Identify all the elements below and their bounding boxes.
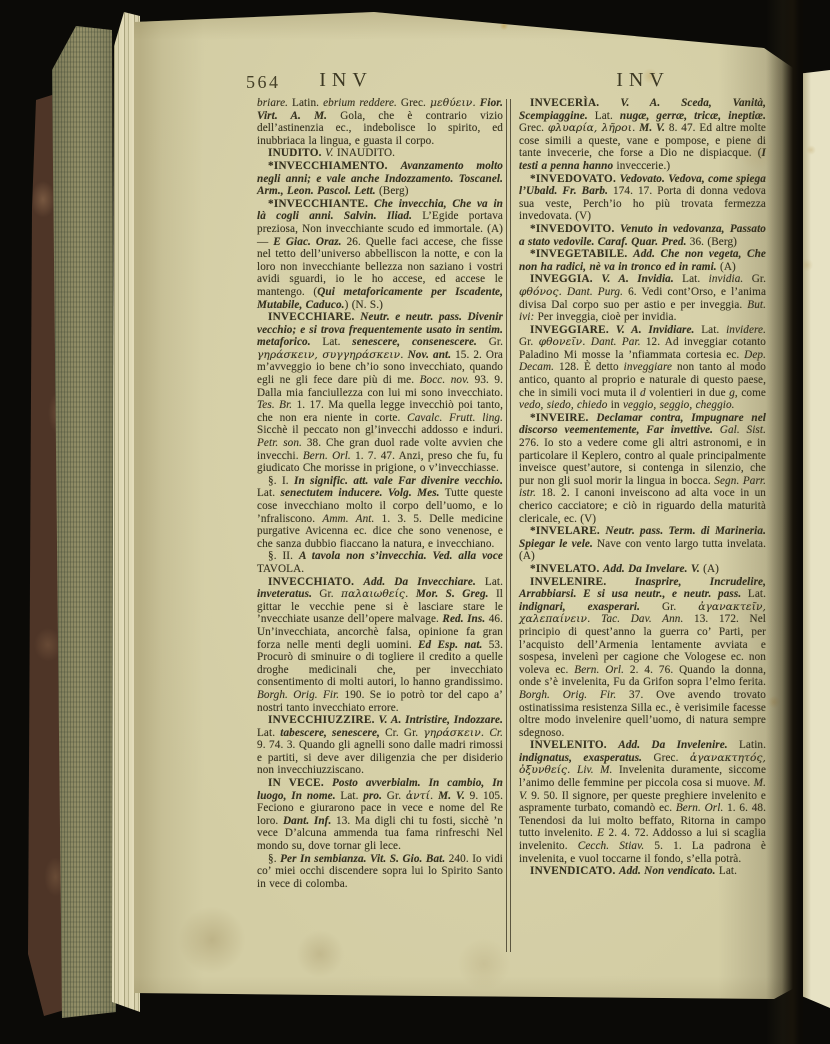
text-run: Lat.: [674, 273, 709, 285]
text-run: senectutem inducere. Volg. Mes.: [280, 487, 439, 499]
text-run: Latin.: [728, 739, 766, 751]
text-run: TAVOLA.: [257, 563, 304, 575]
text-run: Latin.: [288, 97, 323, 109]
text-run: μεθύειν.: [430, 97, 476, 109]
text-run: V.: [325, 147, 333, 159]
paragraph: *INVEDOVITO. Venuto in vedovanza, Passat…: [519, 223, 766, 248]
paragraph: IN VECE. Posto avverbialm. In cambio, In…: [257, 777, 503, 853]
text-run: ) (N. S.): [345, 299, 383, 311]
text-run: Mor. S. Greg.: [416, 588, 489, 600]
text-run: invidere.: [726, 324, 766, 336]
text-run: inveggiare: [624, 361, 672, 373]
text-run: invidia.: [709, 273, 744, 285]
text-run: *INVEDOVITO.: [530, 223, 620, 235]
text-run: Lat.: [716, 865, 737, 877]
text-run: Lat.: [257, 487, 280, 499]
text-run: [591, 613, 602, 625]
text-run: pro.: [363, 790, 382, 802]
text-run: *INVELATO.: [530, 563, 603, 575]
text-run: volentieri in due: [646, 387, 729, 399]
paragraph: *INVELARE. Neutr. pass. Term. di Mariner…: [519, 525, 766, 563]
text-run: §. II.: [268, 550, 299, 562]
text-run: *INVEIRE.: [530, 412, 596, 424]
text-run: inveteratus.: [257, 588, 312, 600]
text-run: (A): [717, 261, 736, 273]
text-run: Lat.: [311, 336, 353, 348]
text-run: Borgh. Orig. Fir.: [519, 689, 616, 701]
text-run: veggio, seggio, cheggio.: [623, 399, 735, 411]
text-run: Cr. Gr.: [380, 727, 423, 739]
text-run: (A): [700, 563, 719, 575]
text-run: φθόνος.: [519, 286, 562, 298]
paragraph: INVECCHIATO. Add. Da Invecchiare. Lat. i…: [257, 576, 503, 715]
text-run: , come: [735, 387, 766, 399]
text-run: ebrium reddere.: [323, 97, 397, 109]
paragraph: *INVELATO. Add. Da Invelare. V. (A): [519, 563, 766, 576]
text-run: A tavola non s’invecchia. Ved. alla voce: [299, 550, 503, 562]
text-run: briare.: [257, 97, 288, 109]
text-run: Grec.: [397, 97, 430, 109]
text-run: Add. Da Invecchiare.: [363, 576, 475, 588]
text-run: Amm. Ant.: [322, 513, 374, 525]
text-run: INUDITO.: [268, 147, 325, 159]
running-head-right: INV: [610, 69, 676, 92]
text-run: γηράσκειν.: [423, 727, 484, 739]
text-run: nugæ, gerræ, tricæ, ineptiæ.: [620, 110, 766, 122]
text-run: 128. È detto: [554, 361, 624, 373]
text-run: Per inveggia, cioè per invidia.: [534, 311, 676, 323]
text-run: Petr. son.: [257, 437, 302, 449]
paragraph: INVECCHIUZZIRE. V. A. Intristire, Indozz…: [257, 714, 503, 777]
text-run: Lat.: [741, 588, 766, 600]
text-run: Gr.: [312, 588, 341, 600]
book-photo: 564 INV INV briare. Latin. ebrium redder…: [0, 0, 830, 1044]
text-run: [408, 588, 415, 600]
text-run: §.: [268, 853, 280, 865]
text-run: Gr.: [519, 336, 539, 348]
paragraph: *INVEDOVATO. Vedovato. Vedova, come spie…: [519, 173, 766, 223]
text-run: V. A. Invidia.: [601, 273, 673, 285]
text-run: *INVEGETABILE.: [530, 248, 633, 260]
text-run: (Berg): [376, 185, 409, 197]
text-run: INAUDITO.: [334, 147, 395, 159]
text-run: Lat.: [588, 110, 620, 122]
text-run: Bocc. nov.: [420, 374, 470, 386]
text-run: Add. Da Invelenire.: [618, 739, 727, 751]
paragraph: §. Per In sembianza. Vit. S. Gio. Bat. 2…: [257, 853, 503, 891]
text-run: Lat.: [257, 727, 280, 739]
text-run: 18. 2. I canoni inveiscono ad alta voce …: [519, 487, 766, 524]
text-run: E Giac. Oraz.: [273, 236, 341, 248]
text-run: indignari, exasperari.: [519, 601, 640, 613]
text-run: vedo, siedo, chiedo: [519, 399, 607, 411]
text-run: Add. Da Invelare. V.: [603, 563, 700, 575]
text-run: Add. Non vendicato.: [619, 865, 716, 877]
text-run: Cr.: [489, 727, 503, 739]
paragraph: INVELENIRE. Inasprire, Incrudelire, Arra…: [519, 576, 766, 740]
paragraph: INVEGGIA. V. A. Invidia. Lat. invidia. G…: [519, 273, 766, 323]
column-divider-rule: [506, 99, 511, 952]
text-run: V. A. Invidiare.: [616, 324, 695, 336]
text-run: Bern. Orl.: [676, 802, 724, 814]
text-run: Lat.: [476, 576, 503, 588]
column-left: briare. Latin. ebrium reddere. Grec. μεθ…: [257, 97, 503, 890]
text-run: Dant. Purg.: [567, 286, 623, 298]
paragraph: *INVECCHIAMENTO. Avanzamento molto negli…: [257, 160, 503, 198]
text-run: *INVECCHIANTE.: [268, 198, 374, 210]
text-run: Tac. Dav. Ann.: [601, 613, 683, 625]
text-run: INVECCHIARE.: [268, 311, 360, 323]
paragraph: INVECERÌA. V. A. Sceda, Vanità, Scempiag…: [519, 97, 766, 173]
text-run: γηράσκειν, συγγηράσκειν.: [257, 349, 404, 361]
text-run: INVEGGIARE.: [530, 324, 616, 336]
running-head-left: INV: [313, 69, 379, 92]
text-run: in: [607, 399, 623, 411]
text-run: Gr.: [382, 790, 406, 802]
text-run: Gr.: [477, 336, 503, 348]
text-run: φλυαρία, λῆροι.: [548, 122, 636, 134]
page-content: 564 INV INV briare. Latin. ebrium redder…: [0, 0, 830, 1044]
column-right: INVECERÌA. V. A. Sceda, Vanità, Scempiag…: [519, 97, 766, 878]
text-run: παλαιωθείς.: [341, 588, 408, 600]
text-run: senescere, consenescere.: [352, 336, 477, 348]
text-run: Ed Esp. nat.: [418, 639, 482, 651]
text-run: [713, 424, 720, 436]
text-run: Lat.: [336, 790, 364, 802]
text-run: IN VECE.: [268, 777, 332, 789]
text-run: Lat.: [694, 324, 726, 336]
text-run: INVECERÌA.: [530, 97, 620, 109]
text-run: tabescere, senescere,: [280, 727, 380, 739]
text-run: Tes. Br.: [257, 399, 292, 411]
text-run: *INVELARE.: [530, 525, 605, 537]
text-run: INVECCHIUZZIRE.: [268, 714, 379, 726]
paragraph: INVELENITO. Add. Da Invelenire. Latin. i…: [519, 739, 766, 865]
text-run: Per In sembianza. Vit. S. Gio. Bat.: [280, 853, 445, 865]
text-run: INVECCHIATO.: [268, 576, 363, 588]
text-run: §. I.: [268, 475, 294, 487]
paragraph: briare. Latin. ebrium reddere. Grec. μεθ…: [257, 97, 503, 147]
paragraph: INVENDICATO. Add. Non vendicato. Lat.: [519, 865, 766, 878]
text-run: V. A. Intristire, Indozzare.: [379, 714, 503, 726]
text-run: φθονεῖν.: [539, 336, 586, 348]
text-run: INVENDICATO.: [530, 865, 619, 877]
text-run: Gr.: [640, 601, 698, 613]
text-run: Dant. Inf.: [283, 815, 331, 827]
paragraph: *INVECCHIANTE. Che invecchia, Che va in …: [257, 198, 503, 311]
text-run: INVEGGIA.: [530, 273, 601, 285]
text-run: Bern. Orl.: [574, 664, 624, 676]
text-run: Gal. Sist.: [720, 424, 766, 436]
paragraph: INVECCHIARE. Neutr. e neutr. pass. Diven…: [257, 311, 503, 475]
text-run: INVELENIRE.: [530, 576, 635, 588]
text-run: Bern. Orl.: [303, 450, 351, 462]
text-run: Dant. Par.: [591, 336, 641, 348]
paragraph: §. II. A tavola non s’invecchia. Ved. al…: [257, 550, 503, 575]
paragraph: INVEGGIARE. V. A. Invidiare. Lat. invide…: [519, 324, 766, 412]
text-run: Cecch. Stiav.: [578, 840, 644, 852]
text-run: Sicchè il peccato non gl’invecchi addoss…: [257, 424, 503, 436]
text-run: *INVECCHIAMENTO.: [268, 160, 401, 172]
text-run: M. V.: [438, 790, 465, 802]
text-run: inveccerie.): [613, 160, 670, 172]
text-run: INVELENITO.: [530, 739, 618, 751]
text-run: Red. Ins.: [442, 613, 485, 625]
text-run: Borgh. Orig. Fir.: [257, 689, 339, 701]
paragraph: INUDITO. V. INAUDITO.: [257, 147, 503, 160]
text-run: 36. (Berg): [687, 236, 737, 248]
text-run: indignatus, exasperatus.: [519, 752, 642, 764]
paragraph: *INVEIRE. Declamar contra, Impugnare nel…: [519, 412, 766, 525]
text-run: In signific. att. vale Far divenire vecc…: [294, 475, 503, 487]
text-run: ἀντί.: [406, 790, 433, 802]
text-run: Gr.: [743, 273, 766, 285]
text-run: Cavalc. Frutt. ling.: [407, 412, 503, 424]
text-run: Grec.: [642, 752, 690, 764]
paragraph: §. I. In signific. att. vale Far divenir…: [257, 475, 503, 551]
paragraph: *INVEGETABILE. Add. Che non vegeta, Che …: [519, 248, 766, 273]
text-run: Grec.: [519, 122, 548, 134]
page-number: 564: [246, 72, 308, 93]
text-run: Nov. ant.: [408, 349, 452, 361]
text-run: Liv. M.: [577, 764, 612, 776]
text-run: M. V.: [639, 122, 665, 134]
text-run: 9. 74. 3. Quando gli agnelli sono dalle …: [257, 739, 503, 776]
text-run: *INVEDOVATO.: [530, 173, 620, 185]
